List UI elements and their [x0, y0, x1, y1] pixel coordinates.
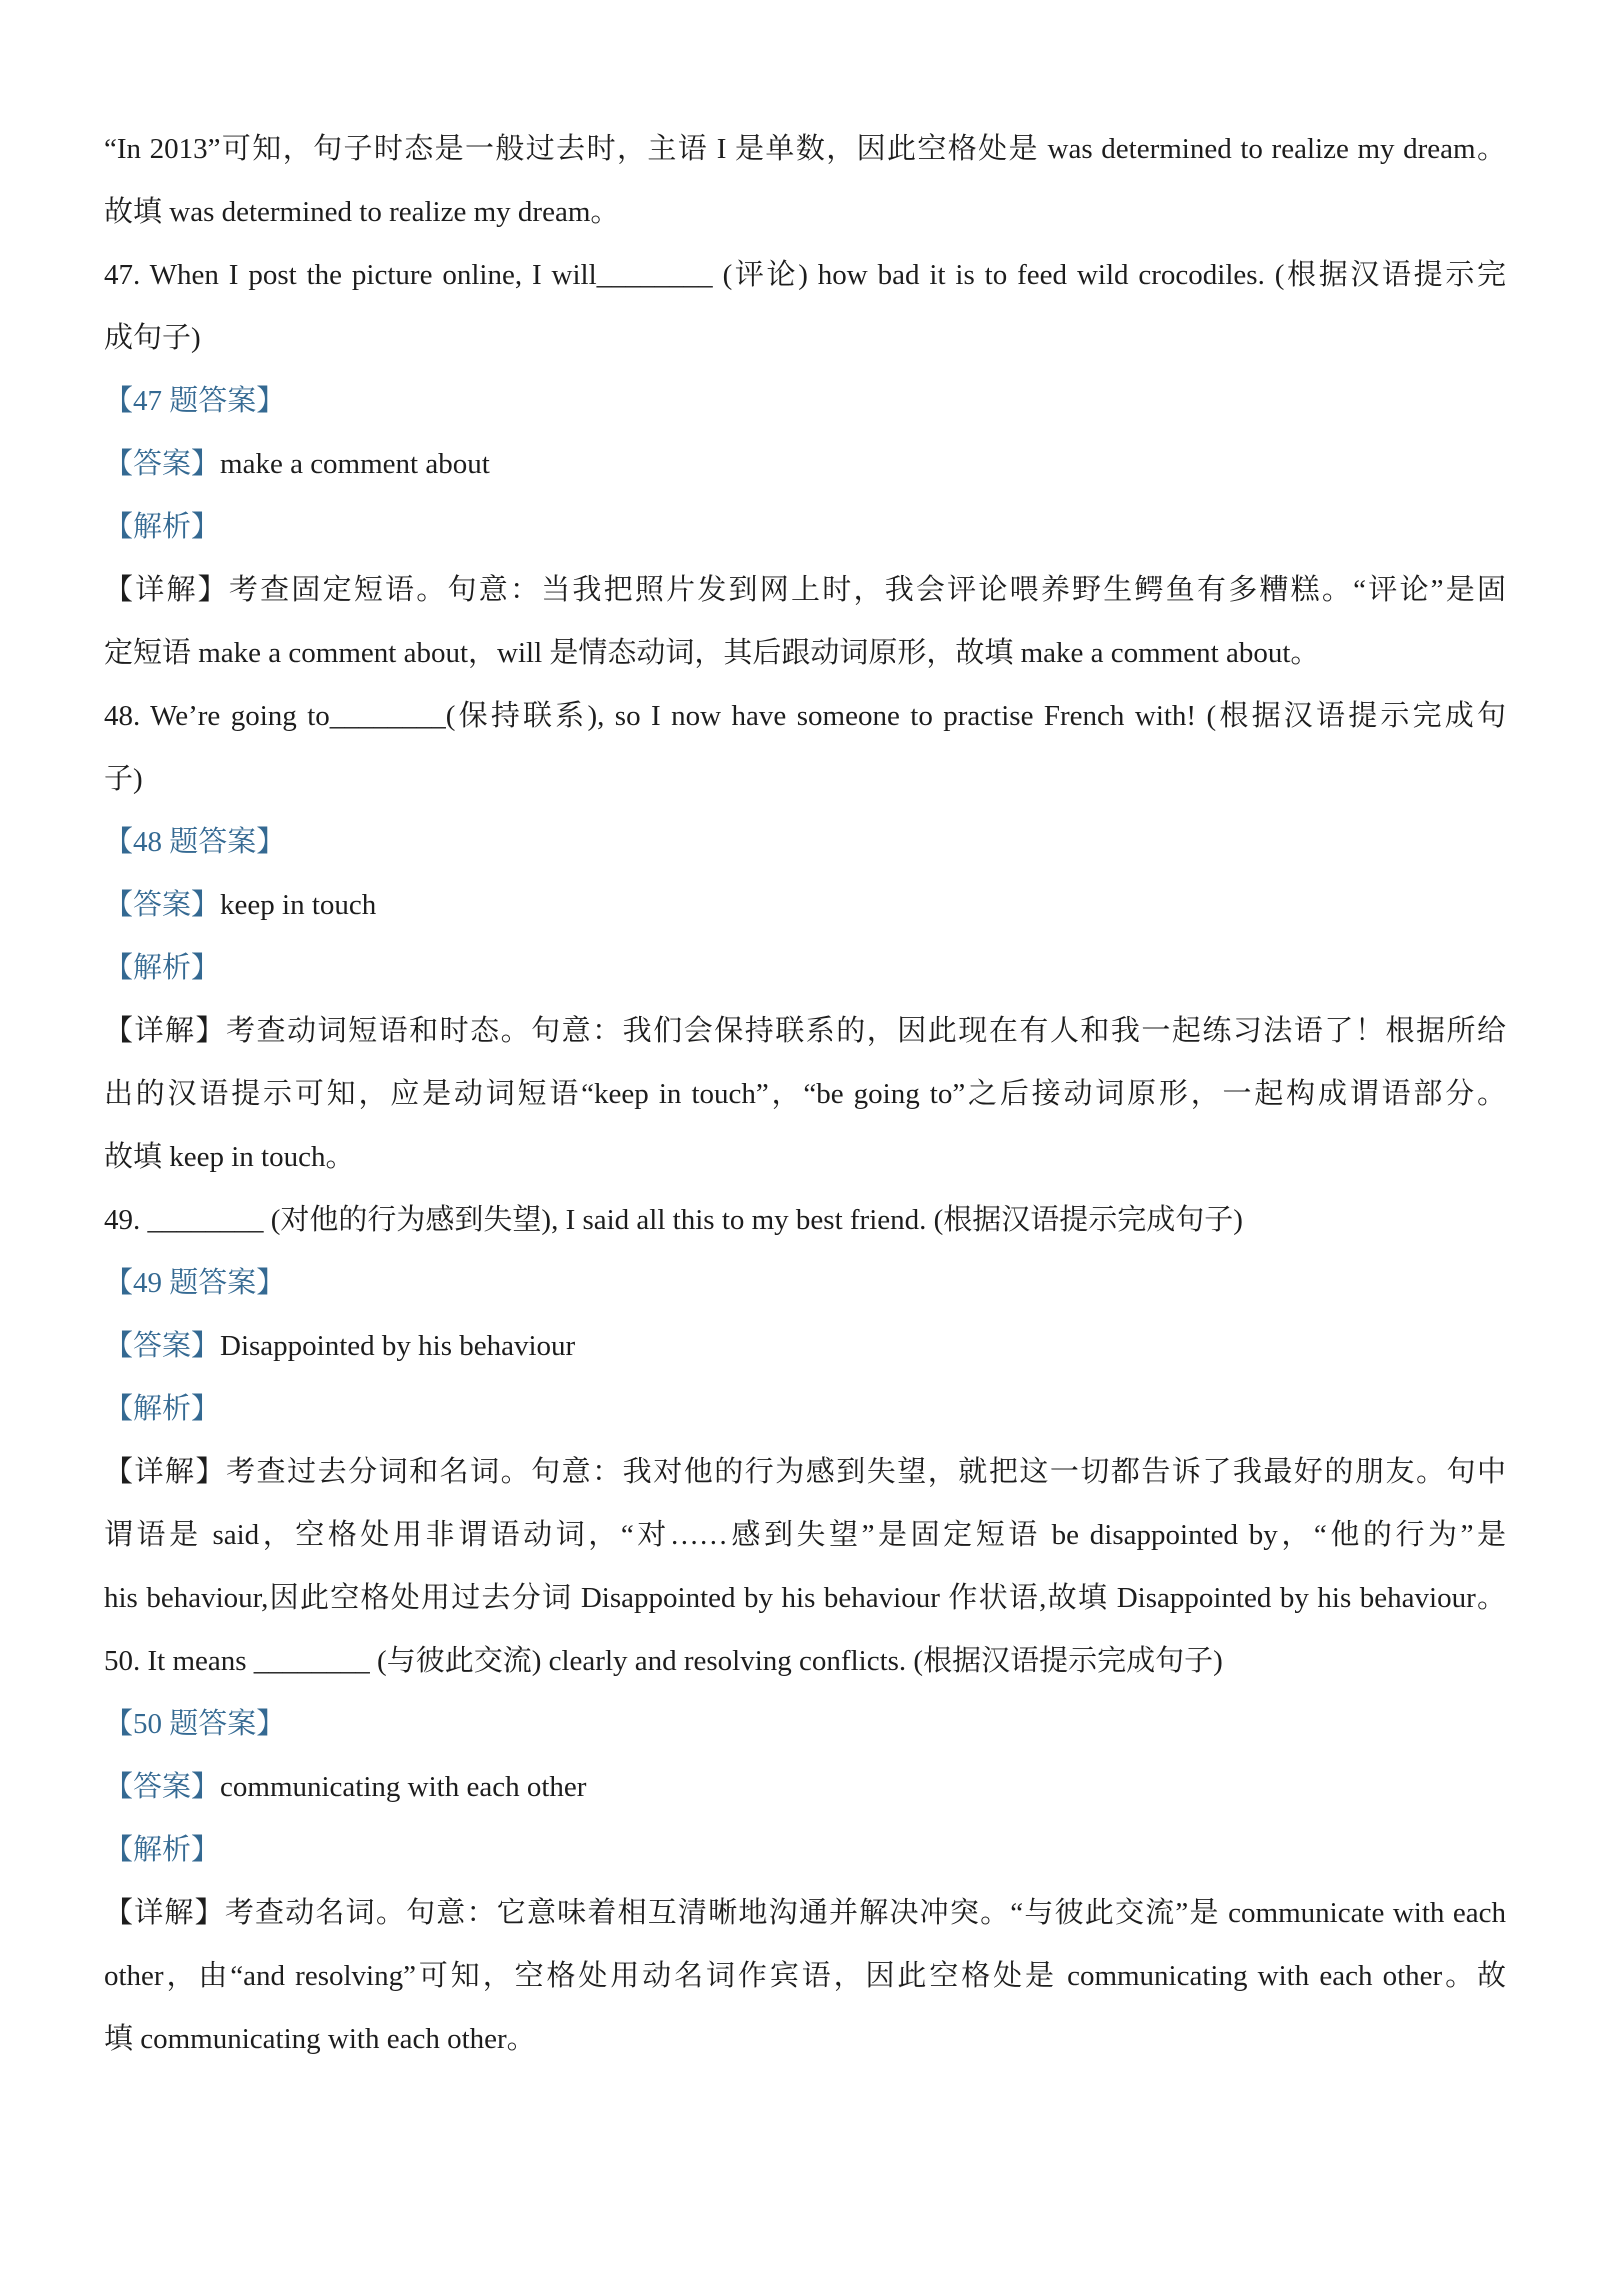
analysis-header-label: 【解析】: [104, 511, 220, 543]
line-text: 成句子): [104, 322, 201, 354]
answer-header-label: 【47 题答案】: [104, 385, 285, 417]
question-47-line-1: 47. When I post the picture online, I wi…: [104, 244, 1506, 307]
line-text: 【详解】考查动名词。句意：它意味着相互清晰地沟通并解决冲突。“与彼此交流”是 c…: [104, 1897, 1506, 1929]
analysis-47-detail-line-2: 定短语 make a comment about，will 是情态动词，其后跟动…: [104, 622, 1506, 685]
analysis-header-label: 【解析】: [104, 1834, 220, 1866]
answer-label: 【答案】: [104, 1771, 220, 1803]
answer-text: communicating with each other: [220, 1771, 586, 1803]
analysis-50-detail-line-3: 填 communicating with each other。: [104, 2008, 1506, 2071]
analysis-header-label: 【解析】: [104, 952, 220, 984]
line-text: 故填 was determined to realize my dream。: [104, 196, 619, 228]
line-text: 50. It means ________ (与彼此交流) clearly an…: [104, 1645, 1223, 1677]
answer-header-label: 【50 题答案】: [104, 1708, 285, 1740]
analysis-48-detail-line-1: 【详解】考查动词短语和时态。句意：我们会保持联系的，因此现在有人和我一起练习法语…: [104, 1000, 1506, 1063]
analysis-48-detail-line-2: 出的汉语提示可知，应是动词短语“keep in touch”，“be going…: [104, 1063, 1506, 1126]
answer-48-header: 【48 题答案】: [104, 811, 1506, 874]
line-text: 子): [104, 763, 143, 795]
analysis-49-detail-line-2: 谓语是 said，空格处用非谓语动词，“对……感到失望”是固定短语 be dis…: [104, 1504, 1506, 1567]
line-text: 填 communicating with each other。: [104, 2023, 536, 2055]
analysis-header-label: 【解析】: [104, 1393, 220, 1425]
answer-48-line: 【答案】keep in touch: [104, 874, 1506, 937]
analysis-49-detail-line-1: 【详解】考查过去分词和名词。句意：我对他的行为感到失望，就把这一切都告诉了我最好…: [104, 1441, 1506, 1504]
line-text: 49. ________ (对他的行为感到失望), I said all thi…: [104, 1204, 1243, 1236]
analysis-46-continuation-line-1: “In 2013”可知，句子时态是一般过去时，主语 I 是单数，因此空格处是 w…: [104, 118, 1506, 181]
answer-header-label: 【49 题答案】: [104, 1267, 285, 1299]
line-text: 【详解】考查过去分词和名词。句意：我对他的行为感到失望，就把这一切都告诉了我最好…: [104, 1456, 1506, 1488]
question-48-line-2: 子): [104, 748, 1506, 811]
answer-47-header: 【47 题答案】: [104, 370, 1506, 433]
answer-label: 【答案】: [104, 448, 220, 480]
line-text: 出的汉语提示可知，应是动词短语“keep in touch”，“be going…: [104, 1078, 1506, 1110]
answer-50-header: 【50 题答案】: [104, 1693, 1506, 1756]
analysis-50-header: 【解析】: [104, 1819, 1506, 1882]
answer-label: 【答案】: [104, 889, 220, 921]
analysis-50-detail-line-1: 【详解】考查动名词。句意：它意味着相互清晰地沟通并解决冲突。“与彼此交流”是 c…: [104, 1882, 1506, 1945]
analysis-46-continuation-line-2: 故填 was determined to realize my dream。: [104, 181, 1506, 244]
answer-header-label: 【48 题答案】: [104, 826, 285, 858]
line-text: 【详解】考查动词短语和时态。句意：我们会保持联系的，因此现在有人和我一起练习法语…: [104, 1015, 1506, 1047]
line-text: other，由“and resolving”可知，空格处用动名词作宾语，因此空格…: [104, 1960, 1506, 1992]
line-text: 谓语是 said，空格处用非谓语动词，“对……感到失望”是固定短语 be dis…: [104, 1519, 1506, 1551]
answer-50-line: 【答案】communicating with each other: [104, 1756, 1506, 1819]
line-text: 故填 keep in touch。: [104, 1141, 354, 1173]
question-49-line-1: 49. ________ (对他的行为感到失望), I said all thi…: [104, 1189, 1506, 1252]
answer-49-line: 【答案】Disappointed by his behaviour: [104, 1315, 1506, 1378]
analysis-49-detail-line-3: his behaviour,因此空格处用过去分词 Disappointed by…: [104, 1567, 1506, 1630]
analysis-49-header: 【解析】: [104, 1378, 1506, 1441]
answer-text: keep in touch: [220, 889, 376, 921]
analysis-47-header: 【解析】: [104, 496, 1506, 559]
answer-text: Disappointed by his behaviour: [220, 1330, 575, 1362]
analysis-48-header: 【解析】: [104, 937, 1506, 1000]
line-text: his behaviour,因此空格处用过去分词 Disappointed by…: [104, 1582, 1506, 1614]
answer-text: make a comment about: [220, 448, 490, 480]
analysis-50-detail-line-2: other，由“and resolving”可知，空格处用动名词作宾语，因此空格…: [104, 1945, 1506, 2008]
line-text: 48. We’re going to________(保持联系), so I n…: [104, 700, 1506, 732]
question-50-line-1: 50. It means ________ (与彼此交流) clearly an…: [104, 1630, 1506, 1693]
answer-49-header: 【49 题答案】: [104, 1252, 1506, 1315]
question-48-line-1: 48. We’re going to________(保持联系), so I n…: [104, 685, 1506, 748]
question-47-line-2: 成句子): [104, 307, 1506, 370]
answer-explanation-document: “In 2013”可知，句子时态是一般过去时，主语 I 是单数，因此空格处是 w…: [104, 118, 1506, 2071]
line-text: 47. When I post the picture online, I wi…: [104, 259, 1506, 291]
line-text: 定短语 make a comment about，will 是情态动词，其后跟动…: [104, 637, 1319, 669]
answer-label: 【答案】: [104, 1330, 220, 1362]
line-text: “In 2013”可知，句子时态是一般过去时，主语 I 是单数，因此空格处是 w…: [104, 133, 1506, 165]
analysis-48-detail-line-3: 故填 keep in touch。: [104, 1126, 1506, 1189]
line-text: 【详解】考查固定短语。句意：当我把照片发到网上时，我会评论喂养野生鳄鱼有多糟糕。…: [104, 574, 1506, 606]
analysis-47-detail-line-1: 【详解】考查固定短语。句意：当我把照片发到网上时，我会评论喂养野生鳄鱼有多糟糕。…: [104, 559, 1506, 622]
answer-47-line: 【答案】make a comment about: [104, 433, 1506, 496]
